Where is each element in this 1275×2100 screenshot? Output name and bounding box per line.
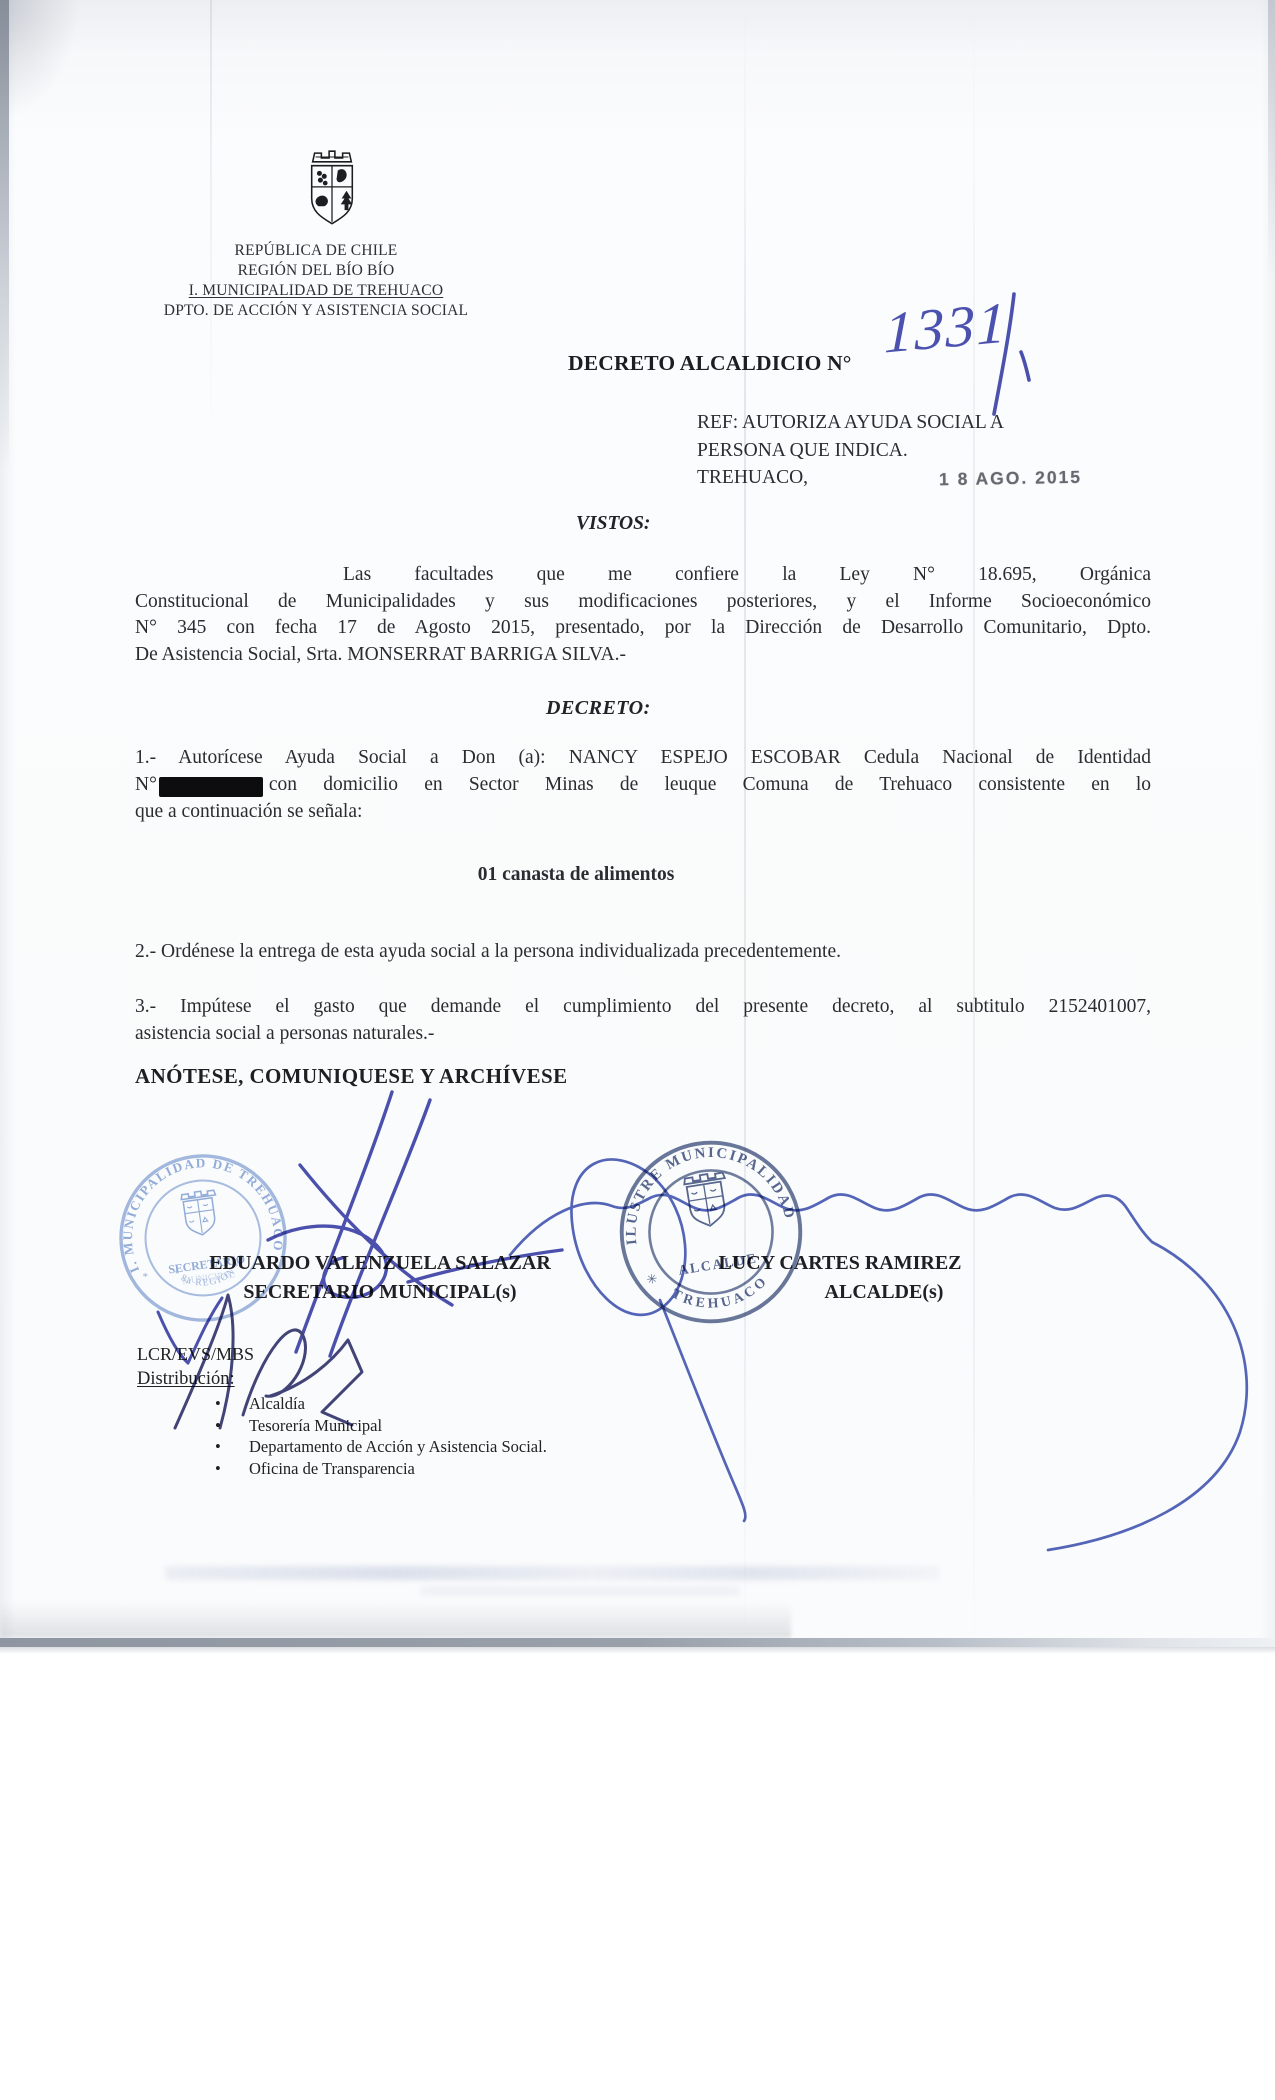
mayor-stamp-city-text: TREHUACO	[668, 1271, 775, 1318]
distribution-list: • Alcaldía • Tesorería Municipal • Depar…	[137, 1393, 547, 1479]
item1-line: N° con domicilio en Sector Minas de leuq…	[135, 771, 1151, 798]
page-edge-soft-shadow	[0, 1647, 1275, 1654]
ink-bleedthrough	[420, 1586, 740, 1596]
stamp-asterisk-icon: ✳	[645, 1271, 658, 1288]
secretary-round-stamp: I. MUNICIPALIDAD DE TREHUACO * 8a REGION…	[98, 1133, 308, 1343]
letterhead-region: REGIÓN DEL BÍO BÍO	[118, 261, 514, 281]
list-item: • Departamento de Acción y Asistencia So…	[137, 1436, 547, 1458]
list-item: • Tesorería Municipal	[137, 1415, 547, 1437]
ref-line: REF: AUTORIZA AYUDA SOCIAL A	[697, 409, 1004, 437]
svg-text:TREHUACO: TREHUACO	[668, 1271, 775, 1318]
distribution-item: Oficina de Transparencia	[249, 1458, 415, 1480]
bullet-icon: •	[215, 1458, 249, 1480]
vistos-label: VISTOS:	[576, 513, 650, 535]
letterhead-department: DPTO. DE ACCIÓN Y ASISTENCIA SOCIAL	[118, 301, 514, 321]
vistos-line: Las facultades que me confiere la Ley N°…	[135, 562, 1151, 589]
distribution-label: Distribución:	[137, 1369, 235, 1390]
bullet-icon: •	[215, 1415, 249, 1437]
bullet-icon: •	[215, 1393, 249, 1415]
item1-line: 1.- Autorícese Ayuda Social a Don (a): N…	[135, 744, 1151, 771]
vistos-line: N° 345 con fecha 17 de Agosto 2015, pres…	[135, 615, 1151, 642]
letterhead-country: REPÚBLICA DE CHILE	[118, 241, 514, 261]
distribution-item: Alcaldía	[249, 1393, 305, 1415]
ink-bleedthrough	[165, 1566, 940, 1580]
scan-edge-right	[1268, 0, 1275, 280]
drafting-initials: LCR/EVS/MBS	[137, 1344, 254, 1365]
item1-line-suffix: con domicilio en Sector Minas de leuque …	[269, 771, 1151, 798]
item1-line: que a continuación se señala:	[135, 798, 1151, 825]
stamp-star-icon: *	[266, 1253, 273, 1266]
letterhead-municipality: I. MUNICIPALIDAD DE TREHUACO	[118, 281, 514, 301]
redacted-id-box	[159, 777, 263, 797]
ref-line: PERSONA QUE INDICA.	[697, 437, 1004, 465]
id-number-prefix: N°	[135, 771, 157, 798]
secretary-stamp-crest-icon	[181, 1189, 221, 1237]
decreto-label: DECRETO:	[546, 697, 651, 720]
list-item: • Oficina de Transparencia	[137, 1458, 547, 1480]
benefit-line: 01 canasta de alimentos	[135, 864, 1017, 886]
closing-formula: ANÓTESE, COMUNIQUESE Y ARCHÍVESE	[135, 1064, 568, 1089]
vistos-paragraph: Las facultades que me confiere la Ley N°…	[135, 562, 1151, 668]
list-item: • Alcaldía	[137, 1393, 547, 1415]
bullet-icon: •	[215, 1436, 249, 1458]
page-bottom-edge	[0, 1638, 1275, 1647]
mayor-round-stamp: ILUSTRE MUNICIPALIDAD TREHUACO ALCALDE ✳	[592, 1113, 830, 1351]
vistos-line: Constitucional de Municipalidades y sus …	[135, 589, 1151, 616]
item3-line: 3.- Impútese el gasto que demande el cum…	[135, 993, 1151, 1020]
distribution-item: Tesorería Municipal	[249, 1415, 382, 1437]
decree-item-2: 2.- Ordénese la entrega de esta ayuda so…	[135, 941, 1151, 963]
date-stamp: 1 8 AGO. 2015	[939, 467, 1082, 490]
letterhead: REPÚBLICA DE CHILE REGIÓN DEL BÍO BÍO I.…	[118, 241, 514, 321]
secretary-signature-ink	[268, 1092, 562, 1356]
item3-line: asistencia social a personas naturales.-	[135, 1020, 1151, 1047]
decree-item-3: 3.- Impútese el gasto que demande el cum…	[135, 993, 1151, 1047]
stamp-star-icon: *	[142, 1271, 149, 1284]
decree-title: DECRETO ALCALDICIO N°	[568, 351, 852, 376]
decree-number-handwritten: 1331	[884, 288, 1009, 366]
mayor-stamp-title: ALCALDE	[677, 1250, 758, 1277]
mayor-stamp-crest-icon	[683, 1171, 732, 1228]
paper-crease	[210, 0, 212, 430]
municipal-crest-icon	[303, 139, 361, 231]
scanned-decree-screenshot: REPÚBLICA DE CHILE REGIÓN DEL BÍO BÍO I.…	[0, 0, 1275, 2100]
page-bottom-shadow	[0, 1602, 791, 1638]
vistos-line: De Asistencia Social, Srta. MONSERRAT BA…	[135, 642, 1151, 669]
scanned-page: REPÚBLICA DE CHILE REGIÓN DEL BÍO BÍO I.…	[0, 0, 1275, 1645]
decree-item-1: 1.- Autorícese Ayuda Social a Don (a): N…	[135, 744, 1151, 826]
scan-corner-smudge	[0, 0, 80, 120]
distribution-item: Departamento de Acción y Asistencia Soci…	[249, 1436, 547, 1458]
